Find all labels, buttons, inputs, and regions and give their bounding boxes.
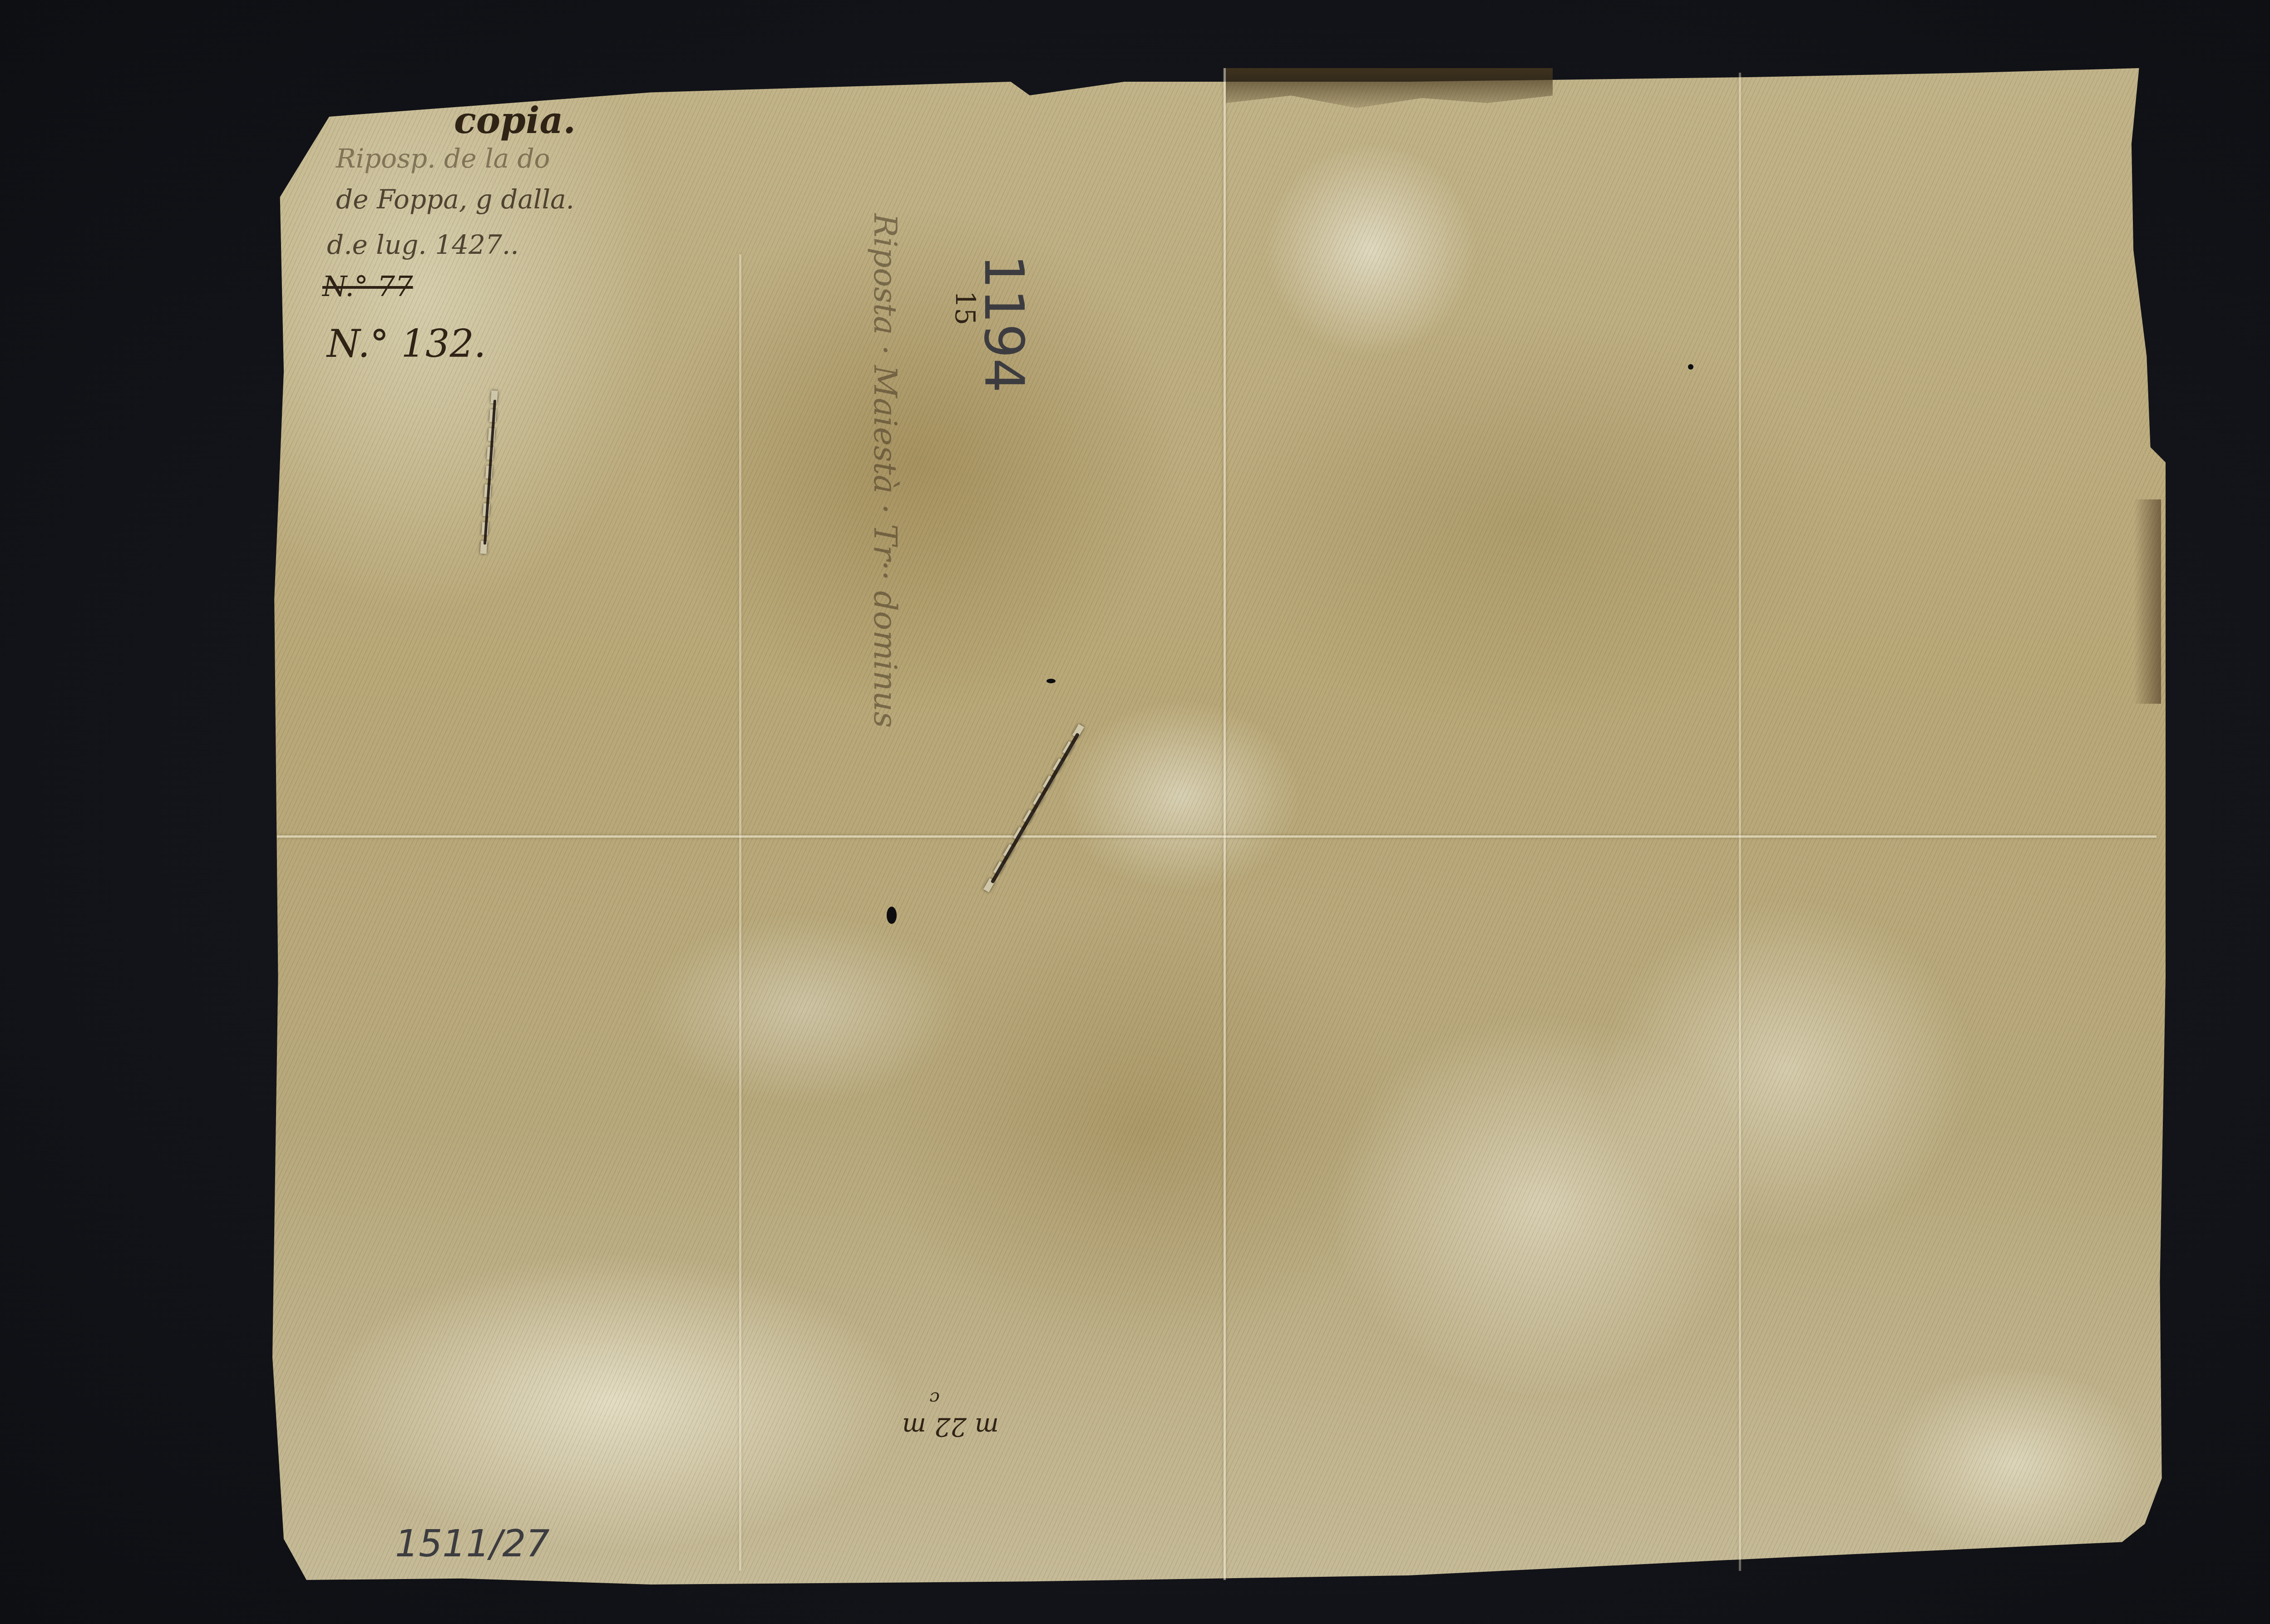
hole-center: [1046, 679, 1056, 683]
fold-line-right: [1739, 73, 1741, 1571]
annotation-line-3: de Foppa, g dalla.: [336, 186, 574, 212]
annotation-number: N.° 132.: [327, 325, 486, 363]
fold-line-center: [1224, 68, 1226, 1580]
right-edge-stain: [2134, 499, 2161, 704]
pencil-number-rotated: 1194: [976, 254, 1031, 393]
hole-center-left: [887, 907, 897, 924]
inverted-note: m 22 m c: [872, 1380, 999, 1439]
small-number-15: 15: [951, 291, 978, 325]
annotation-struck-number: N.° 77: [322, 272, 413, 301]
annotation-copia: copia.: [454, 102, 576, 138]
inverted-note-line-2: c: [930, 1389, 940, 1407]
shelfmark: 1511/27: [395, 1525, 550, 1563]
inverted-note-line-1: m 22 m: [902, 1414, 999, 1439]
parchment-sheet: [272, 68, 2166, 1585]
fold-line-horizontal: [277, 835, 2156, 838]
faded-vertical-script: Riposta · Maiestà · Tr·· dominus: [869, 213, 901, 728]
parchment-grain: [272, 68, 2166, 1585]
hole-upper-right: [1688, 364, 1693, 370]
fold-line-left: [739, 254, 741, 1571]
annotation-line-2: Riposp. de la do: [336, 145, 550, 172]
annotation-line-4: d.e lug. 1427..: [327, 232, 519, 258]
